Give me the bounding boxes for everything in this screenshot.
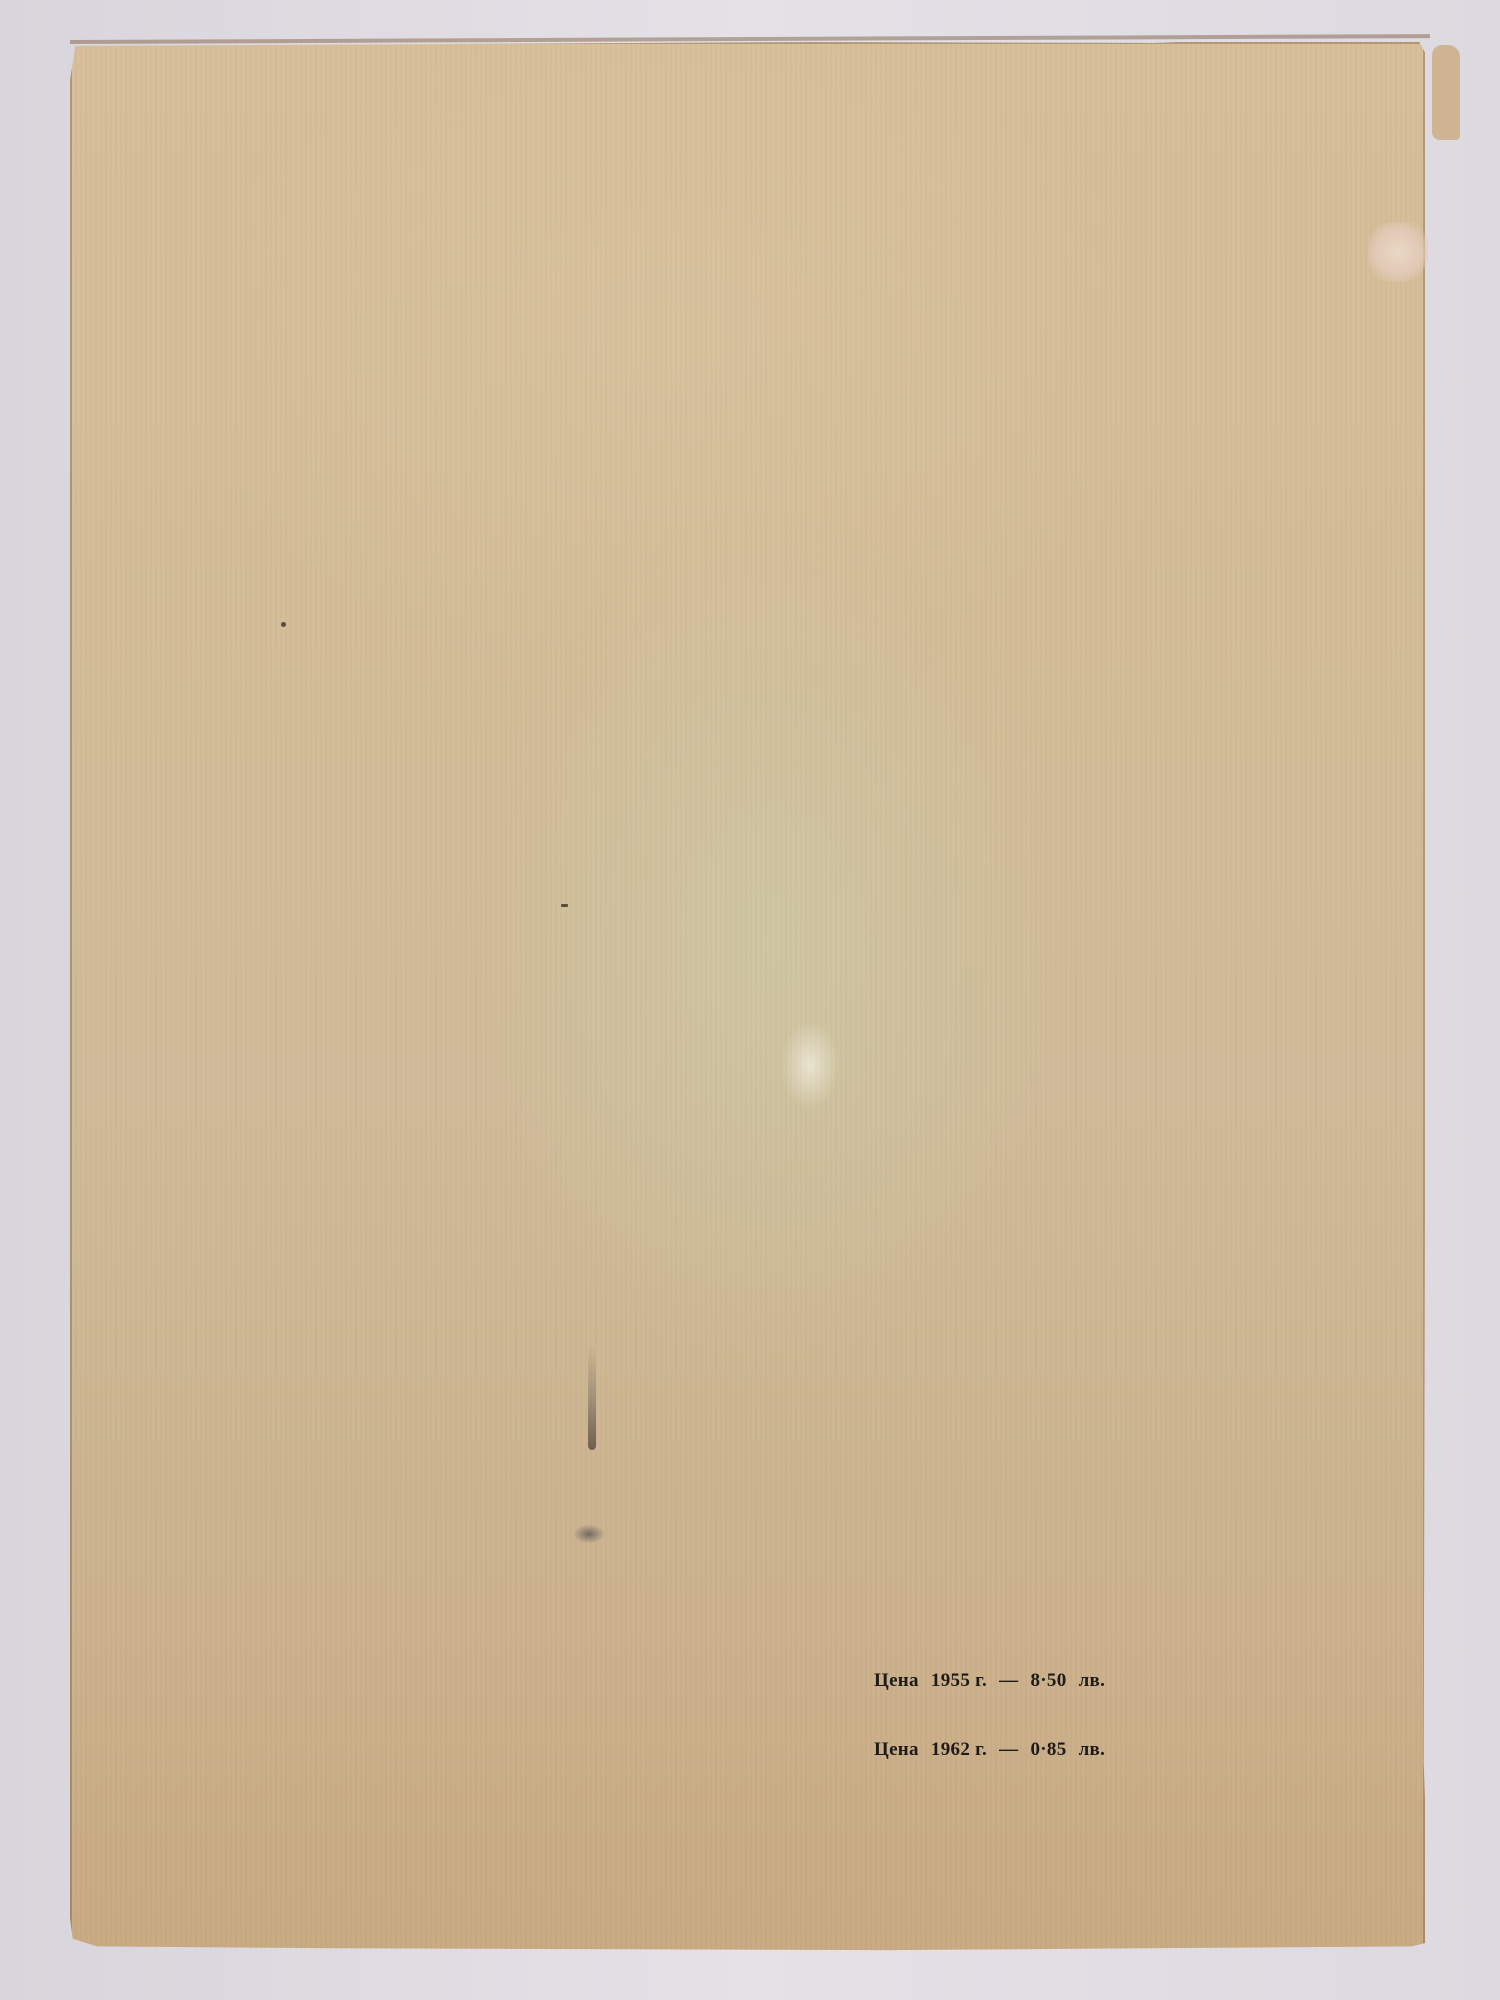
price-year: 1962 г. (931, 1739, 987, 1760)
price-amount: 8·50 (1030, 1670, 1066, 1691)
price-line-1955: Цена 1955 г. — 8·50 лв. (874, 1670, 1105, 1692)
price-label: Цена (874, 1670, 919, 1691)
pencil-smudge-mark (574, 1525, 604, 1543)
price-line-1962: Цена 1962 г. — 0·85 лв. (874, 1739, 1105, 1761)
light-glare (780, 1020, 840, 1110)
photo-background: Цена 1955 г. — 8·50 лв. Цена 1962 г. — 0… (0, 0, 1500, 2000)
price-currency: лв. (1079, 1670, 1106, 1691)
price-dash: — (999, 1670, 1018, 1691)
pencil-stroke-mark (588, 1345, 596, 1450)
price-currency: лв. (1079, 1739, 1106, 1760)
price-block: Цена 1955 г. — 8·50 лв. Цена 1962 г. — 0… (874, 1670, 1105, 1761)
price-amount: 0·85 (1030, 1739, 1066, 1760)
price-year: 1955 г. (931, 1670, 987, 1691)
price-dash: — (999, 1739, 1018, 1760)
price-label: Цена (874, 1739, 919, 1760)
ink-speck (281, 622, 286, 627)
torn-corner-flap (1432, 45, 1460, 140)
book-back-cover (70, 42, 1425, 1954)
ink-dash-mark (561, 904, 568, 907)
worn-paper-patch (1368, 222, 1428, 282)
